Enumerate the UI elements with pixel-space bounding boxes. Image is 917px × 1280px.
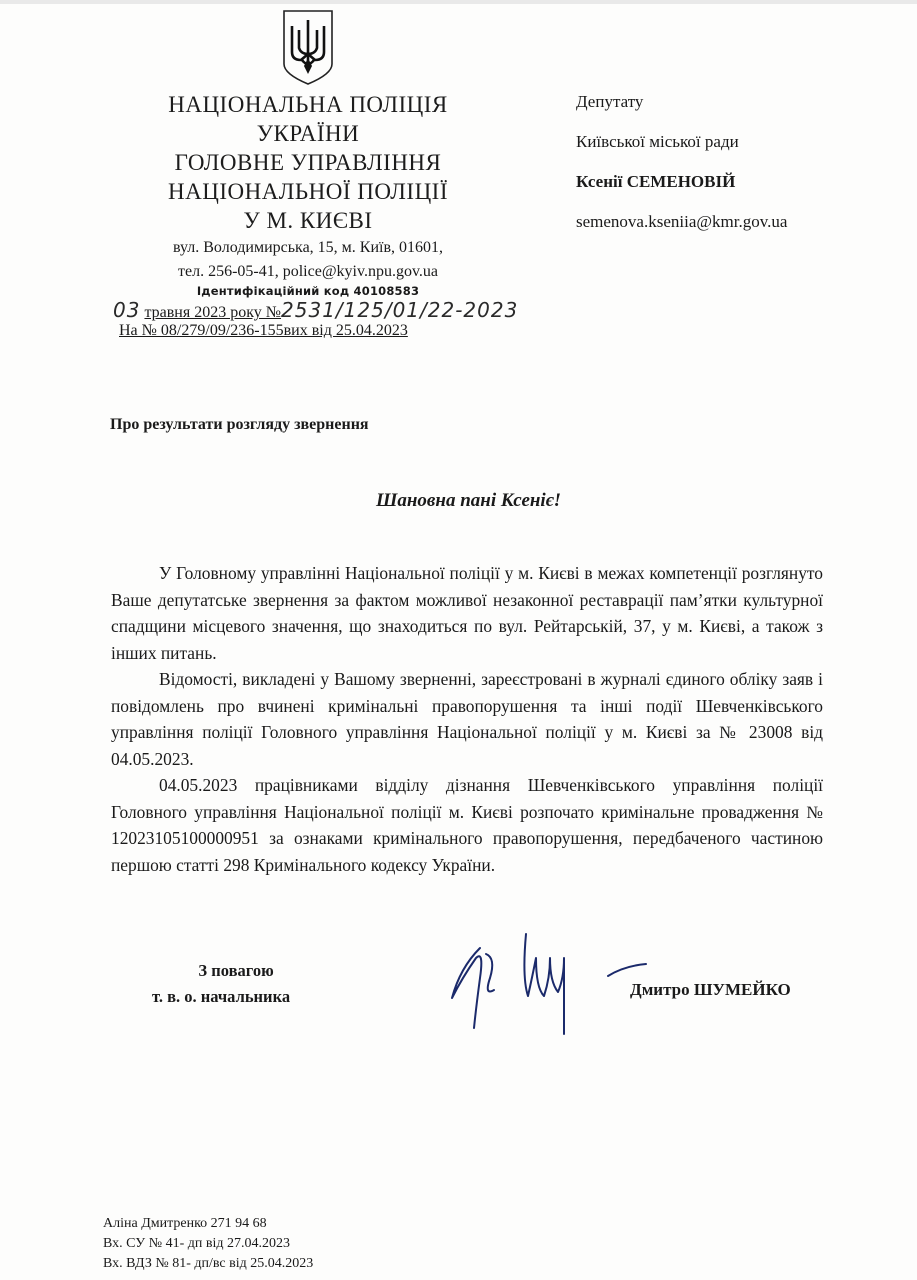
signer-position: т. в. о. начальника bbox=[152, 984, 290, 1010]
greeting: Шановна пані Ксеніє! bbox=[0, 490, 917, 512]
handwritten-doc-number: 2531/125/01/22-2023 bbox=[281, 298, 518, 322]
org-line: ГОЛОВНЕ УПРАВЛІННЯ bbox=[108, 148, 508, 177]
incoming-ref-2: Вх. ВДЗ № 81- дп/вс від 25.04.2023 bbox=[103, 1254, 313, 1274]
incoming-ref-1: Вх. СУ № 41- дп від 27.04.2023 bbox=[103, 1234, 313, 1254]
letter-subject: Про результати розгляду звернення bbox=[110, 416, 369, 434]
organization-name: НАЦІОНАЛЬНА ПОЛІЦІЯ УКРАЇНИ ГОЛОВНЕ УПРА… bbox=[108, 90, 508, 235]
handwritten-day: 03 bbox=[113, 298, 140, 322]
org-line: НАЦІОНАЛЬНА ПОЛІЦІЯ bbox=[108, 90, 508, 119]
footer-notes: Аліна Дмитренко 271 94 68 Вх. СУ № 41- д… bbox=[103, 1214, 313, 1274]
recipient-council: Київської міської ради bbox=[576, 132, 787, 172]
document-date-number: 03 травня 2023 року №2531/125/01/22-2023 bbox=[113, 298, 513, 322]
reference-number: На № 08/279/09/236-155вих від 25.04.2023 bbox=[119, 322, 408, 340]
recipient-email: semenova.kseniia@kmr.gov.ua bbox=[576, 212, 787, 252]
org-line: У М. КИЄВІ bbox=[108, 206, 508, 235]
body-paragraph: Відомості, викладені у Вашому зверненні,… bbox=[111, 666, 823, 772]
recipient-block: Депутату Київської міської ради Ксенії С… bbox=[576, 92, 787, 252]
scan-top-edge bbox=[0, 0, 917, 4]
org-line: НАЦІОНАЛЬНОЇ ПОЛІЦІЇ bbox=[108, 177, 508, 206]
date-text: травня 2023 року № bbox=[144, 304, 281, 321]
handwritten-signature-icon bbox=[440, 918, 670, 1038]
closing-regards: З повагою bbox=[152, 958, 290, 984]
body-paragraph: У Головному управлінні Національної полі… bbox=[111, 560, 823, 666]
trident-coat-of-arms-icon bbox=[281, 8, 335, 86]
street-address: вул. Володимирська, 15, м. Київ, 01601, bbox=[108, 236, 508, 260]
closing-block: З повагою т. в. о. начальника bbox=[152, 958, 290, 1010]
id-code: Ідентифікаційний код 40108583 bbox=[108, 284, 508, 298]
org-line: УКРАЇНИ bbox=[108, 119, 508, 148]
letter-body: У Головному управлінні Національної полі… bbox=[111, 560, 823, 878]
org-address: вул. Володимирська, 15, м. Київ, 01601, … bbox=[108, 236, 508, 284]
recipient-name: Ксенії СЕМЕНОВІЙ bbox=[576, 172, 787, 212]
executor-contact: Аліна Дмитренко 271 94 68 bbox=[103, 1214, 313, 1234]
body-paragraph: 04.05.2023 працівниками відділу дізнання… bbox=[111, 772, 823, 878]
recipient-title: Депутату bbox=[576, 92, 787, 132]
phone-email: тел. 256-05-41, police@kyiv.npu.gov.ua bbox=[108, 260, 508, 284]
signer-name: Дмитро ШУМЕЙКО bbox=[630, 980, 791, 1000]
